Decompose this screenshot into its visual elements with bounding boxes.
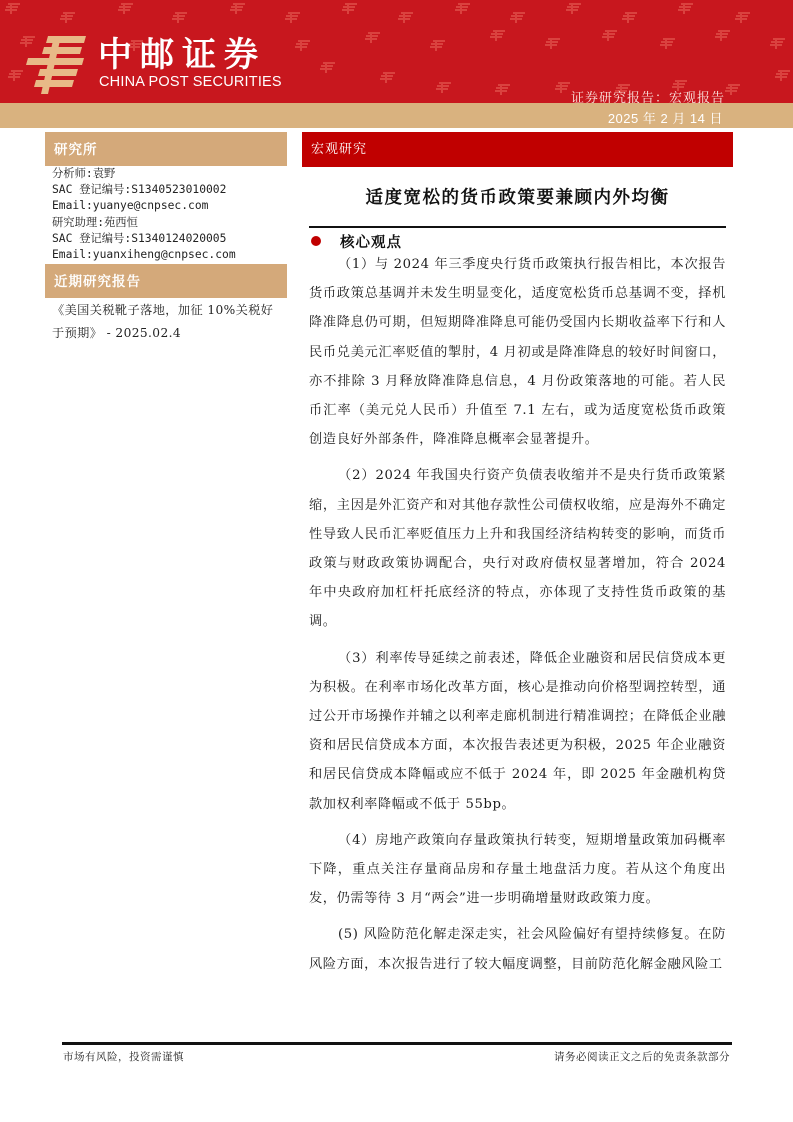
assistant-email[interactable]: Email:yuanxiheng@cnpsec.com [52,247,287,263]
paragraph-4: （4）房地产政策向存量政策执行转变，短期增量政策加码概率下降，重点关注存量商品房… [309,826,726,914]
assistant-name: 研究助理:苑西恒 [52,215,287,231]
recent-report-item[interactable]: 《美国关税靴子落地，加征 10%关税好于预期》 - 2025.02.4 [52,299,284,345]
section-banner: 宏观研究 [302,132,733,167]
report-date: 2025 年 2 月 14 日 [608,108,723,127]
paragraph-3: （3）利率传导延续之前表述，降低企业融资和居民信贷成本更为积极。在利率市场化改革… [309,644,726,819]
core-views-label: 核心观点 [340,231,402,252]
disclaimer-notice: 请务必阅读正文之后的免责条款部分 [554,1049,730,1064]
title-divider [309,226,726,228]
paragraph-2: （2）2024 年我国央行资产负债表收缩并不是央行货币政策紧缩，主因是外汇资产和… [309,461,726,636]
analyst-sac-number: SAC 登记编号:S1340523010002 [52,182,287,198]
bullet-dot-icon [311,236,321,246]
paragraph-1: （1）与 2024 年三季度央行货币政策执行报告相比，本次报告货币政策总基调并未… [309,250,726,454]
recent-reports-heading: 近期研究报告 [45,264,287,298]
page-header: 中邮证券 CHINA POST SECURITIES 证券研究报告：宏观报告 [0,0,793,103]
paragraph-5: (5) 风险防范化解走深走实，社会风险偏好有望持续修复。在防风险方面，本次报告进… [309,920,726,978]
report-type: 证券研究报告：宏观报告 [571,87,725,103]
analyst-email[interactable]: Email:yuanye@cnpsec.com [52,198,287,214]
brand-name-cn: 中邮证券 [98,36,266,74]
report-title: 适度宽松的货币政策要兼顾内外均衡 [302,184,733,209]
risk-notice: 市场有风险，投资需谨慎 [63,1049,184,1064]
institute-heading: 研究所 [45,132,287,166]
analyst-info: 分析师:袁野 SAC 登记编号:S1340523010002 Email:yua… [52,166,287,263]
footer-divider [62,1042,732,1045]
brand-name-en: CHINA POST SECURITIES [99,74,282,90]
assistant-sac-number: SAC 登记编号:S1340124020005 [52,231,287,247]
china-post-logo-icon [26,36,88,94]
analyst-name: 分析师:袁野 [52,166,287,182]
core-views-body: （1）与 2024 年三季度央行货币政策执行报告相比，本次报告货币政策总基调并未… [309,250,726,986]
